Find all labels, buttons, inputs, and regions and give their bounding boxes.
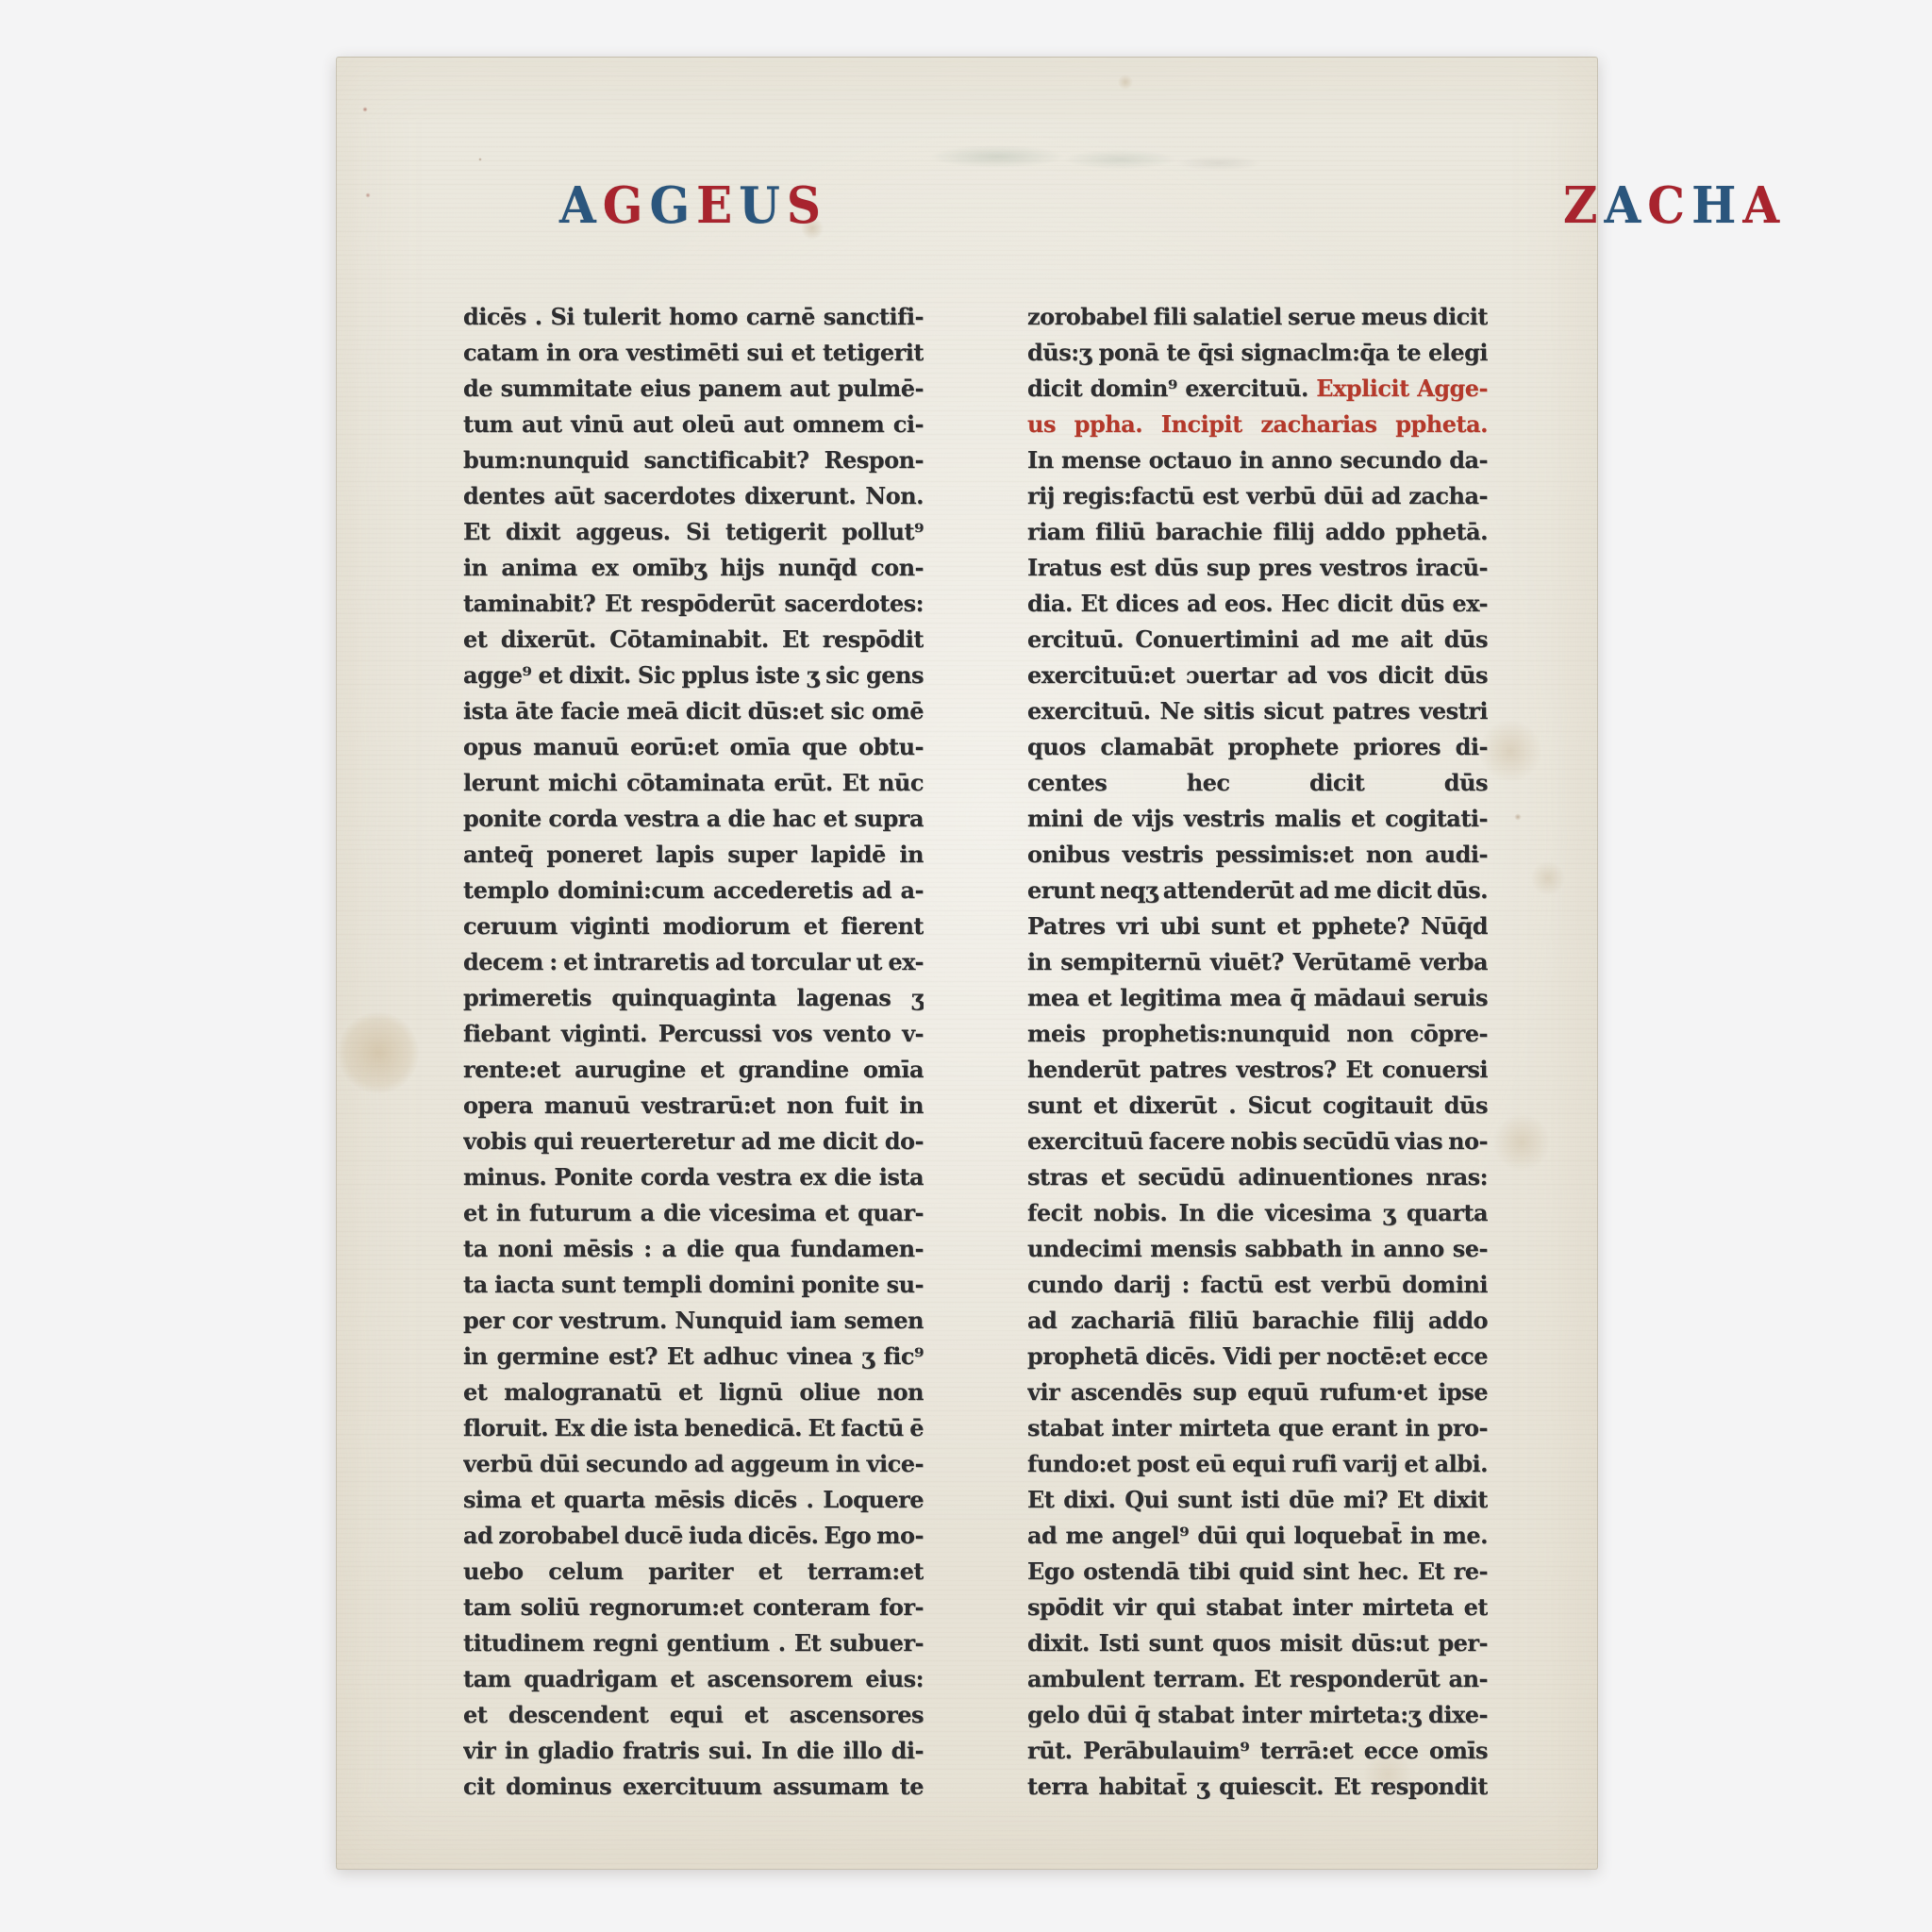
body-text: dicit domin⁹ exercituū.	[1027, 375, 1316, 402]
text-line: ercituū. Conuertimini ad me ait dūs	[1027, 622, 1488, 658]
text-line: ad zachariā filiū barachie filij addo	[1027, 1303, 1488, 1339]
text-line: stabat inter mirteta que erant in pro-	[1027, 1410, 1488, 1446]
body-text: agge⁹ et dixit. Sic pplus iste ʒ sic gen…	[463, 661, 924, 689]
body-text: henderūt patres vestros? Et conuersi	[1027, 1056, 1488, 1083]
text-line: mea et legitima mea q̄ mādaui seruis	[1027, 980, 1488, 1016]
body-text: vobis qui reuerteretur ad me dicit do-	[463, 1127, 924, 1155]
running-title-letter: C	[1647, 176, 1691, 234]
text-line: henderūt patres vestros? Et conuersi	[1027, 1052, 1488, 1088]
text-line: meis prophetis:nunquid non cōpre-	[1027, 1016, 1488, 1052]
body-text: rij regis:factū est verbū dūi ad zacha-	[1027, 482, 1488, 509]
body-text: exercituū. Ne sitis sicut patres vestri …	[1027, 697, 1488, 729]
body-text: mea et legitima mea q̄ mādaui seruis	[1027, 984, 1488, 1011]
body-text: rūt. Perābulauim⁹ terrā:et ecce omīs	[1027, 1737, 1488, 1764]
body-text: exercituū:et ɔuertar ad vos dicit dūs	[1027, 661, 1488, 689]
running-title-letter: Z	[1563, 176, 1605, 234]
body-text: terra habitat̄ ʒ quiescit. Et respondit	[1027, 1773, 1488, 1800]
body-text: ercituū. Conuertimini ad me ait dūs	[1027, 625, 1488, 653]
text-line: ta noni mēsis : a die qua fundamen-	[463, 1231, 924, 1267]
body-text: fecit nobis. In die vicesima ʒ quarta	[1027, 1199, 1488, 1226]
body-text: dixit. Isti sunt quos misit dūs:ut per-	[1027, 1629, 1488, 1657]
text-line: vobis qui reuerteretur ad me dicit do-	[463, 1124, 924, 1159]
body-text: ista āte facie meā dicit dūs:et sic omē	[463, 697, 924, 724]
text-line: fecit nobis. In die vicesima ʒ quarta	[1027, 1195, 1488, 1231]
body-text: tam soliū regnorum:et conteram for-	[463, 1593, 924, 1621]
text-line: sunt et dixerūt . Sicut cogitauit dūs	[1027, 1088, 1488, 1124]
body-text: sima et quarta mēsis dicēs . Loquere	[463, 1486, 924, 1513]
body-text: Et dixit aggeus. Si tetigerit pollut⁹	[463, 518, 924, 545]
body-text: primeretis quinquaginta lagenas ʒ	[463, 984, 924, 1011]
text-line: et in futurum a die vicesima et quar-	[463, 1195, 924, 1231]
text-line: Et dixi. Qui sunt isti dūe mi? Et dixit	[1027, 1482, 1488, 1518]
body-text: et malogranatū et lignū oliue non	[463, 1378, 924, 1406]
text-line: verbū dūi secundo ad aggeum in vice-	[463, 1446, 924, 1482]
photograph-background: { "colors": { "backdrop": "#f4f4f5", "pa…	[0, 0, 1932, 1932]
text-line: minus. Ponite corda vestra ex die ista	[463, 1159, 924, 1195]
body-text: tam quadrigam et ascensorem eius:	[463, 1665, 924, 1692]
body-text: quos clamabāt prophete priores di-	[1027, 733, 1488, 760]
body-text: tum aut vinū aut oleū aut omnem ci-	[463, 410, 924, 438]
text-line: fundo:et post eū equi rufi varij et albi…	[1027, 1446, 1488, 1482]
rubric-text: Explicit Agge-	[1316, 375, 1488, 402]
body-text: verbū dūi secundo ad aggeum in vice-	[463, 1450, 924, 1477]
text-line: exercituū. Ne sitis sicut patres vestri …	[1027, 693, 1488, 729]
running-title-letter: H	[1691, 176, 1742, 234]
body-text: cundo darij : factū est verbū domini	[1027, 1271, 1488, 1298]
text-line: dicit domin⁹ exercituū. Explicit Agge-	[1027, 371, 1488, 407]
body-text: opus manuū eorū:et omīa que obtu-	[463, 733, 924, 760]
text-line: onibus vestris pessimis:et non audi-	[1027, 837, 1488, 873]
text-line: Et dixit aggeus. Si tetigerit pollut⁹	[463, 514, 924, 550]
text-line: opus manuū eorū:et omīa que obtu-	[463, 729, 924, 765]
text-line: decem : et intraretis ad torcular ut ex-	[463, 944, 924, 980]
body-text: per cor vestrum. Nunquid iam semen	[463, 1307, 924, 1334]
text-line: uebo celum pariter et terram:et subuer-	[463, 1554, 924, 1590]
body-text: spōdit vir qui stabat inter mirteta et	[1027, 1593, 1488, 1621]
body-text: decem : et intraretis ad torcular ut ex-	[463, 948, 924, 975]
text-line: ceruum viginti modiorum et fierent	[463, 908, 924, 944]
text-line: ista āte facie meā dicit dūs:et sic omē	[463, 693, 924, 729]
text-line: opera manuū vestrarū:et non fuit in	[463, 1088, 924, 1124]
body-text: et dixerūt. Cōtaminabit. Et respōdit	[463, 625, 924, 653]
body-text: lerunt michi cōtaminata erūt. Et nūc	[463, 769, 924, 796]
text-line: mini de vijs vestris malis et cogitati-	[1027, 801, 1488, 837]
body-text: titudinem regni gentium . Et subuer-	[463, 1629, 924, 1657]
body-text: gelo dūi q̄ stabat inter mirteta:ʒ dixe-	[1027, 1701, 1488, 1728]
text-line: exercituū:et ɔuertar ad vos dicit dūs	[1027, 658, 1488, 693]
body-text: anteq̄ poneret lapis super lapidē in	[463, 841, 924, 868]
gutenberg-bible-leaf: AGGEUS ZACHA dicēs . Si tulerit homo car…	[336, 57, 1598, 1870]
body-text: catam in ora vestimēti sui et tetigerit	[463, 339, 924, 366]
text-column-left: dicēs . Si tulerit homo carnē sanctifi-c…	[463, 299, 924, 1805]
text-line: bum:nunquid sanctificabit? Respon-	[463, 442, 924, 478]
body-text: in anima ex omībʒ hijs nunq̄d con-	[463, 554, 924, 581]
running-title-letter: U	[739, 176, 787, 234]
running-title-letter: G	[649, 176, 696, 234]
body-text: prophetā dicēs. Vidi per noctē:et ecce	[1027, 1342, 1488, 1370]
text-line: us ppha. Incipit zacharias ppheta.	[1027, 407, 1488, 442]
running-title-letter: G	[603, 176, 650, 234]
text-line: exercituū facere nobis secūdū vias no-	[1027, 1124, 1488, 1159]
text-line: ta iacta sunt templi domini ponite su-	[463, 1267, 924, 1303]
body-text: In mense octauo in anno secundo da-	[1027, 446, 1488, 474]
body-text: stras et secūdū adinuentiones nras:	[1027, 1163, 1488, 1191]
text-line: dicēs . Si tulerit homo carnē sanctifi-	[463, 299, 924, 335]
body-text: dicēs . Si tulerit homo carnē sanctifi-	[463, 303, 924, 330]
text-line: tum aut vinū aut oleū aut omnem ci-	[463, 407, 924, 442]
running-title-letter: A	[1742, 176, 1786, 234]
body-text: ponite corda vestra a die hac et supra	[463, 805, 924, 832]
rubric-text: us ppha. Incipit zacharias ppheta.	[1027, 410, 1488, 438]
body-text: meis prophetis:nunquid non cōpre-	[1027, 1020, 1488, 1047]
body-text: exercituū facere nobis secūdū vias no-	[1027, 1127, 1488, 1155]
text-line: vir in gladio fratris sui. In die illo d…	[463, 1733, 924, 1769]
text-line: undecimi mensis sabbath in anno se-	[1027, 1231, 1488, 1267]
text-line: rūt. Perābulauim⁹ terrā:et ecce omīs	[1027, 1733, 1488, 1769]
running-title-aggeus: AGGEUS	[463, 178, 924, 235]
text-line: cundo darij : factū est verbū domini	[1027, 1267, 1488, 1303]
body-text: dentes aūt sacerdotes dixerunt. Non.	[463, 482, 924, 509]
text-line: taminabit? Et respōderūt sacerdotes:	[463, 586, 924, 622]
text-line: rij regis:factū est verbū dūi ad zacha-	[1027, 478, 1488, 514]
text-line: Ego ostendā tibi quid sint hec. Et re-	[1027, 1554, 1488, 1590]
body-text: undecimi mensis sabbath in anno se-	[1027, 1235, 1488, 1262]
text-line: catam in ora vestimēti sui et tetigerit	[463, 335, 924, 371]
body-text: dūs:ʒ ponā te q̄si signaclm:q̄a te elegi	[1027, 339, 1488, 366]
body-text: et in futurum a die vicesima et quar-	[463, 1199, 924, 1226]
running-title-letter: A	[1605, 176, 1648, 234]
text-line: erunt neqʒ attenderūt ad me dicit dūs.	[1027, 873, 1488, 908]
body-text: Et dixi. Qui sunt isti dūe mi? Et dixit	[1027, 1486, 1488, 1513]
text-line: in germine est? Et adhuc vinea ʒ fic⁹	[463, 1339, 924, 1374]
body-text: centes hec dicit dūs exercituū·conuerti-	[1027, 769, 1488, 801]
body-text: Iratus est dūs sup pres vestros iracū-	[1027, 554, 1488, 581]
body-text: opera manuū vestrarū:et non fuit in	[463, 1091, 924, 1119]
text-line: quos clamabāt prophete priores di-	[1027, 729, 1488, 765]
text-line: riam filiū barachie filij addo pphetā.	[1027, 514, 1488, 550]
text-line: agge⁹ et dixit. Sic pplus iste ʒ sic gen…	[463, 658, 924, 693]
text-line: prophetā dicēs. Vidi per noctē:et ecce	[1027, 1339, 1488, 1374]
body-text: floruit. Ex die ista benedicā. Et factū …	[463, 1414, 924, 1441]
text-line: terra habitat̄ ʒ quiescit. Et respondit	[1027, 1769, 1488, 1805]
text-line: floruit. Ex die ista benedicā. Et factū …	[463, 1410, 924, 1446]
text-line: tam soliū regnorum:et conteram for-	[463, 1590, 924, 1625]
text-line: dūs:ʒ ponā te q̄si signaclm:q̄a te elegi	[1027, 335, 1488, 371]
body-text: ad zachariā filiū barachie filij addo	[1027, 1307, 1488, 1334]
running-title-letter: S	[787, 176, 827, 234]
text-line: anteq̄ poneret lapis super lapidē in	[463, 837, 924, 873]
text-line: rente:et aurugine et grandine omīa	[463, 1052, 924, 1088]
text-line: in anima ex omībʒ hijs nunq̄d con-	[463, 550, 924, 586]
text-line: de summitate eius panem aut pulmē-	[463, 371, 924, 407]
body-text: de summitate eius panem aut pulmē-	[463, 375, 924, 402]
body-text: uebo celum pariter et terram:et subuer-	[463, 1557, 924, 1590]
body-text: taminabit? Et respōderūt sacerdotes:	[463, 590, 924, 617]
body-text: ad zorobabel ducē iuda dicēs. Ego mo-	[463, 1522, 924, 1549]
text-line: dentes aūt sacerdotes dixerunt. Non.	[463, 478, 924, 514]
text-line: dia. Et dices ad eos. Hec dicit dūs ex-	[1027, 586, 1488, 622]
body-text: ta noni mēsis : a die qua fundamen-	[463, 1235, 924, 1262]
running-title-letter: A	[559, 176, 603, 234]
text-line: spōdit vir qui stabat inter mirteta et	[1027, 1590, 1488, 1625]
text-line: stras et secūdū adinuentiones nras:	[1027, 1159, 1488, 1195]
text-line: titudinem regni gentium . Et subuer-	[463, 1625, 924, 1661]
text-line: zorobabel fili salatiel serue meus dicit	[1027, 299, 1488, 335]
text-line: in sempiternū viuēt? Verūtamē verba	[1027, 944, 1488, 980]
body-text: sunt et dixerūt . Sicut cogitauit dūs	[1027, 1091, 1488, 1119]
text-line: vir ascendēs sup equū rufum·et ipse	[1027, 1374, 1488, 1410]
body-text: minus. Ponite corda vestra ex die ista	[463, 1163, 924, 1191]
body-text: zorobabel fili salatiel serue meus dicit	[1027, 303, 1488, 330]
text-line: Iratus est dūs sup pres vestros iracū-	[1027, 550, 1488, 586]
body-text: vir ascendēs sup equū rufum·et ipse	[1027, 1378, 1488, 1406]
text-line: templo domini:cum accederetis ad a-	[463, 873, 924, 908]
text-line: et dixerūt. Cōtaminabit. Et respōdit	[463, 622, 924, 658]
body-text: erunt neqʒ attenderūt ad me dicit dūs.	[1027, 876, 1488, 904]
body-text: fundo:et post eū equi rufi varij et albi…	[1027, 1450, 1488, 1477]
running-title-letter: E	[696, 176, 739, 234]
body-text: Ego ostendā tibi quid sint hec. Et re-	[1027, 1557, 1488, 1585]
text-line: cit dominus exercituum assumam te	[463, 1769, 924, 1805]
text-line: centes hec dicit dūs exercituū·conuerti-	[1027, 765, 1488, 801]
body-text: ambulent terram. Et responderūt an-	[1027, 1665, 1488, 1692]
body-text: Patres vri ubi sunt et pphete? Nūq̄d	[1027, 912, 1488, 940]
text-line: ad me angel⁹ dūi qui loquebat̄ in me.	[1027, 1518, 1488, 1554]
body-text: fiebant viginti. Percussi vos vento v-	[463, 1020, 924, 1047]
body-text: rente:et aurugine et grandine omīa	[463, 1056, 924, 1083]
text-line: sima et quarta mēsis dicēs . Loquere	[463, 1482, 924, 1518]
body-text: onibus vestris pessimis:et non audi-	[1027, 841, 1488, 868]
body-text: vir in gladio fratris sui. In die illo d…	[463, 1737, 924, 1764]
body-text: ceruum viginti modiorum et fierent	[463, 912, 924, 940]
text-line: ponite corda vestra a die hac et supra	[463, 801, 924, 837]
text-line: lerunt michi cōtaminata erūt. Et nūc	[463, 765, 924, 801]
text-line: et malogranatū et lignū oliue non	[463, 1374, 924, 1410]
body-text: in germine est? Et adhuc vinea ʒ fic⁹	[463, 1342, 924, 1370]
body-text: riam filiū barachie filij addo pphetā.	[1027, 518, 1488, 545]
text-line: gelo dūi q̄ stabat inter mirteta:ʒ dixe-	[1027, 1697, 1488, 1733]
text-column-right: zorobabel fili salatiel serue meus dicit…	[1027, 299, 1488, 1805]
body-text: stabat inter mirteta que erant in pro-	[1027, 1414, 1488, 1441]
running-title-zacha: ZACHA	[1227, 178, 1737, 235]
text-line: dixit. Isti sunt quos misit dūs:ut per-	[1027, 1625, 1488, 1661]
body-text: in sempiternū viuēt? Verūtamē verba	[1027, 948, 1488, 975]
text-line: primeretis quinquaginta lagenas ʒ	[463, 980, 924, 1016]
body-text: dia. Et dices ad eos. Hec dicit dūs ex-	[1027, 590, 1488, 617]
text-line: Patres vri ubi sunt et pphete? Nūq̄d	[1027, 908, 1488, 944]
text-line: tam quadrigam et ascensorem eius:	[463, 1661, 924, 1697]
body-text: mini de vijs vestris malis et cogitati-	[1027, 805, 1488, 832]
body-text: ta iacta sunt templi domini ponite su-	[463, 1271, 924, 1298]
body-text: templo domini:cum accederetis ad a-	[463, 876, 924, 904]
text-line: per cor vestrum. Nunquid iam semen	[463, 1303, 924, 1339]
body-text: cit dominus exercituum assumam te	[463, 1773, 924, 1800]
text-line: et descendent equi et ascensores eorū:	[463, 1697, 924, 1733]
body-text: bum:nunquid sanctificabit? Respon-	[463, 446, 924, 474]
text-line: In mense octauo in anno secundo da-	[1027, 442, 1488, 478]
body-text: et descendent equi et ascensores eorū:	[463, 1701, 924, 1733]
text-line: ad zorobabel ducē iuda dicēs. Ego mo-	[463, 1518, 924, 1554]
text-line: ambulent terram. Et responderūt an-	[1027, 1661, 1488, 1697]
body-text: ad me angel⁹ dūi qui loquebat̄ in me.	[1027, 1522, 1488, 1549]
text-line: fiebant viginti. Percussi vos vento v-	[463, 1016, 924, 1052]
